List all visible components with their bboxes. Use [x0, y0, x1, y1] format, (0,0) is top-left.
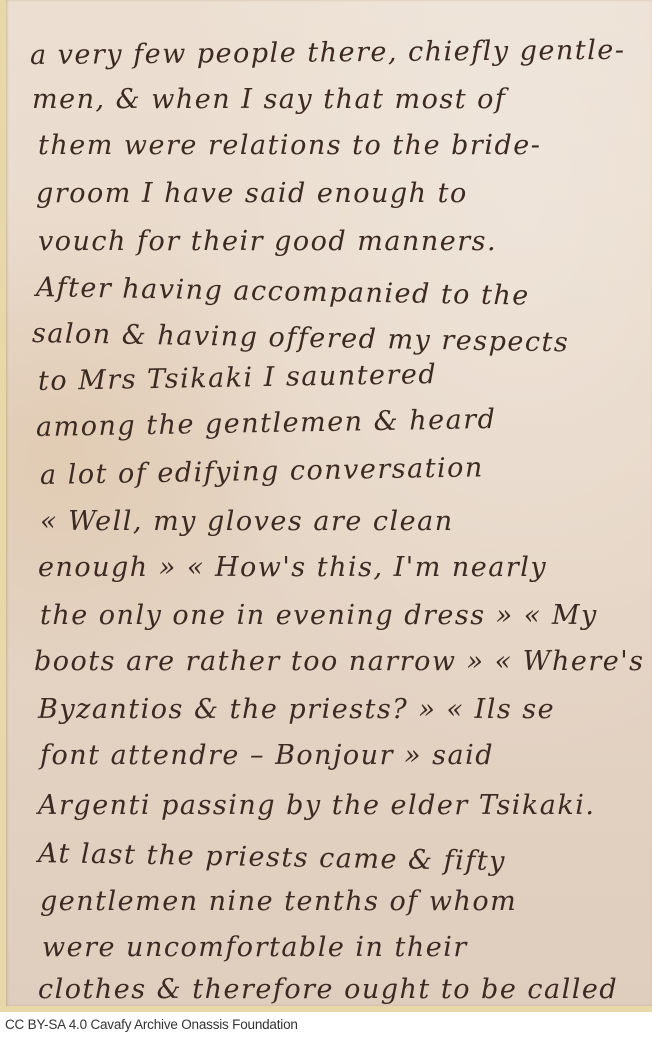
manuscript-line: a lot of edifying conversation [40, 452, 484, 491]
manuscript-line: enough » « How's this, I'm nearly [38, 552, 547, 583]
manuscript-line: « Well, my gloves are clean [40, 506, 454, 537]
manuscript-line: Argenti passing by the elder Tsikaki. [38, 790, 595, 821]
manuscript-line: were uncomfortable in their [42, 932, 468, 963]
manuscript-line: font attendre – Bonjour » said [40, 740, 494, 771]
manuscript-line: men, & when I say that most of [32, 84, 506, 115]
manuscript-line: boots are rather too narrow » « Where's [34, 646, 645, 677]
manuscript-page: a very few people there, chiefly gentle-… [6, 0, 652, 1006]
manuscript-line: them were relations to the bride- [38, 130, 541, 161]
manuscript-line: salon & having offered my respects [32, 318, 570, 358]
manuscript-line: gentlemen nine tenths of whom [40, 886, 517, 917]
manuscript-line: After having accompanied to the [36, 272, 530, 312]
manuscript-line: the only one in evening dress » « My [40, 600, 598, 631]
manuscript-line: Byzantios & the priests? » « Ils se [38, 694, 555, 725]
manuscript-line: vouch for their good manners. [38, 226, 497, 257]
manuscript-line: At last the priests came & fifty [38, 838, 506, 877]
manuscript-line: to Mrs Tsikaki I sauntered [38, 359, 438, 397]
manuscript-line: among the gentlemen & heard [36, 404, 497, 443]
manuscript-line: groom I have said enough to [36, 178, 468, 209]
manuscript-line: clothes & therefore ought to be called [38, 974, 618, 1005]
license-caption: CC BY-SA 4.0 Cavafy Archive Onassis Foun… [5, 1017, 298, 1032]
manuscript-line: a very few people there, chiefly gentle- [30, 35, 626, 71]
